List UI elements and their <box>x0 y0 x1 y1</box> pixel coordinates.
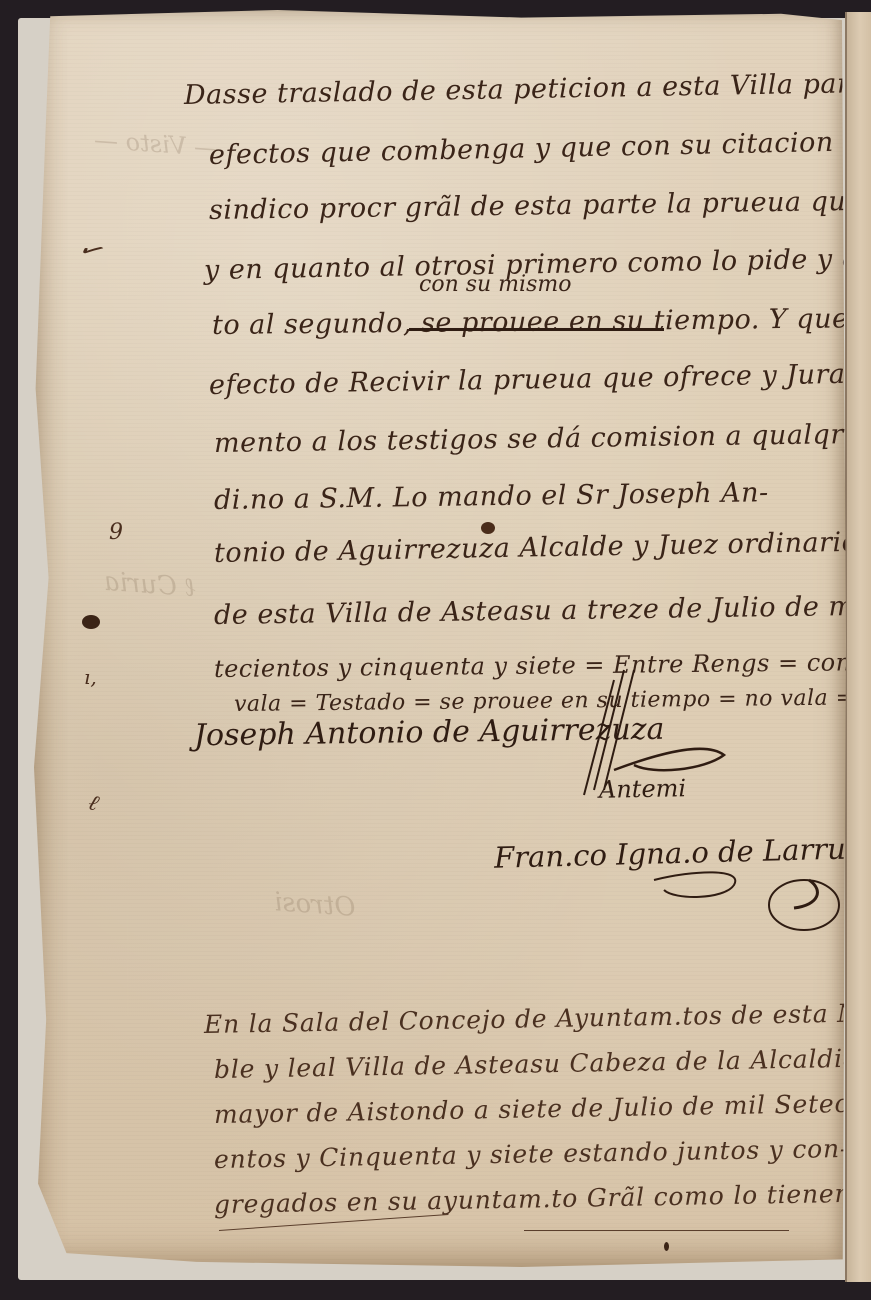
acta-line-5: gregados en su ayuntam.to Grãl como lo t… <box>214 1179 852 1219</box>
acta-line-1: En la Sala del Concejo de Ayuntam.tos de… <box>204 998 871 1039</box>
next-page-edge <box>845 12 871 1282</box>
closing-rule-right <box>524 1230 789 1231</box>
acta-line-2: ble y leal Villa de Asteasu Cabeza de la… <box>214 1044 859 1084</box>
acta-section: En la Sala del Concejo de Ayuntam.tos de… <box>34 10 846 1272</box>
acta-line-3: mayor de Aistondo a siete de Julio de mi… <box>214 1089 868 1129</box>
acta-line-4: entos y Cinquenta y siete estando juntos… <box>214 1134 850 1174</box>
manuscript-page: — Visto — ℓ Curia Otrosi ✓ 9 ı, ℓ Dasse … <box>34 10 846 1272</box>
ink-dot <box>664 1242 669 1251</box>
manuscript-scan: — Visto — ℓ Curia Otrosi ✓ 9 ı, ℓ Dasse … <box>0 0 871 1300</box>
